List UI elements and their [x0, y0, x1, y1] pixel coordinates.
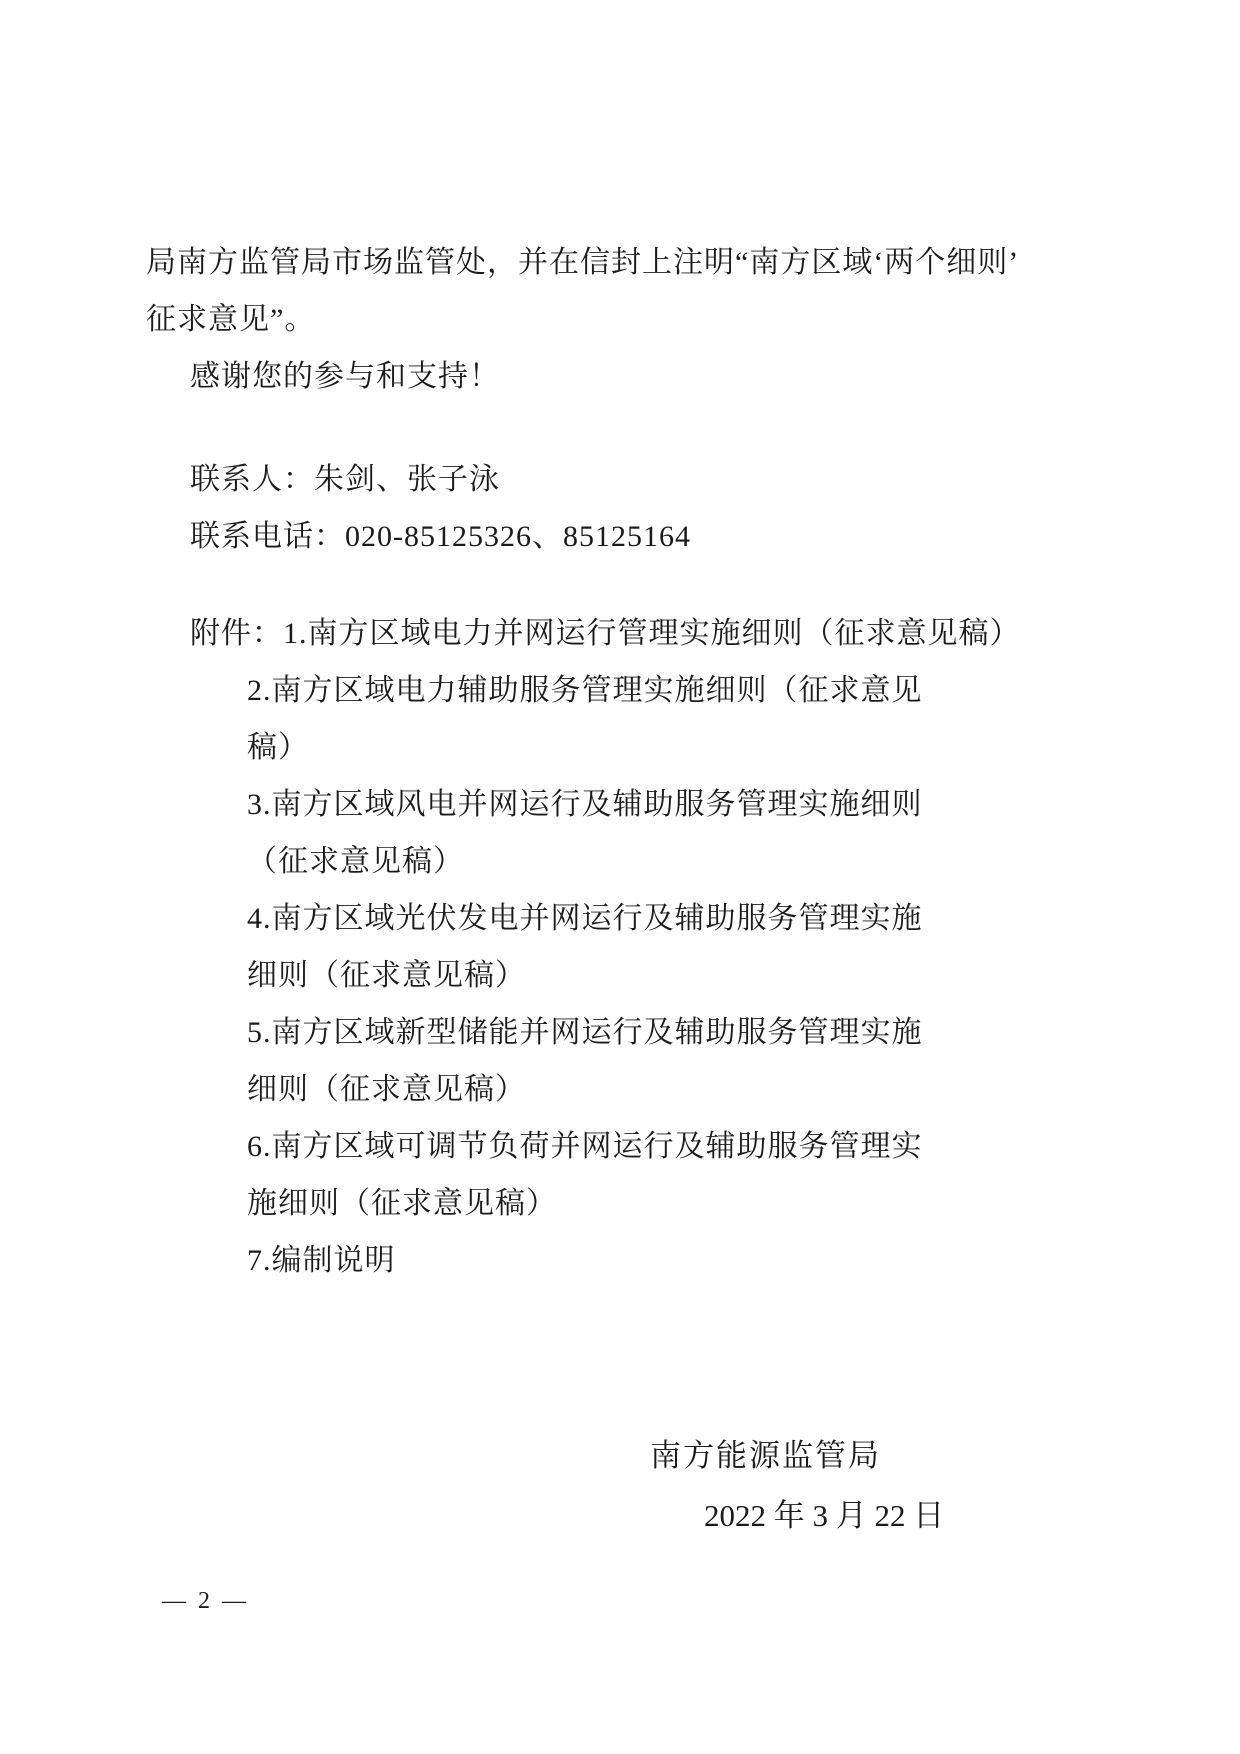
footer-dash-right: —	[222, 1585, 246, 1617]
continuation-line-1: 局南方监管局市场监管处，并在信封上注明“南方区域‘两个细则’	[146, 234, 1096, 291]
signature-date: 2022 年 3 月 22 日	[704, 1487, 944, 1544]
attachment-line-2: 2.南方区域电力辅助服务管理实施细则（征求意见	[247, 662, 1096, 719]
attachment-line-3-wrap: （征求意见稿）	[247, 833, 1096, 890]
footer-dash-left: —	[162, 1585, 186, 1617]
attachment-line-4-wrap: 细则（征求意见稿）	[247, 947, 1096, 1004]
footer-page-number: 2	[198, 1585, 210, 1617]
continuation-line-2: 征求意见”。	[146, 291, 1096, 348]
thanks-line: 感谢您的参与和支持！	[190, 348, 1096, 405]
attachment-line-7: 7.编制说明	[247, 1232, 1096, 1289]
attachment-line-5: 5.南方区域新型储能并网运行及辅助服务管理实施	[247, 1004, 1096, 1061]
attachment-line-6-wrap: 施细则（征求意见稿）	[247, 1175, 1096, 1232]
page-number-footer: — 2 —	[162, 1585, 246, 1617]
contact-phone-line: 联系电话：020-85125326、85125164	[190, 508, 1096, 565]
document-page: 局南方监管局市场监管处，并在信封上注明“南方区域‘两个细则’ 征求意见”。 感谢…	[0, 0, 1240, 1754]
attachment-line-6: 6.南方区域可调节负荷并网运行及辅助服务管理实	[247, 1118, 1096, 1175]
attachment-line-3: 3.南方区域风电并网运行及辅助服务管理实施细则	[247, 776, 1096, 833]
attachment-line-2-wrap: 稿）	[247, 719, 1096, 776]
signature-organization: 南方能源监管局	[650, 1427, 881, 1484]
attachment-line-4: 4.南方区域光伏发电并网运行及辅助服务管理实施	[247, 890, 1096, 947]
contact-person-line: 联系人：朱剑、张子泳	[190, 451, 1096, 508]
attachment-line-5-wrap: 细则（征求意见稿）	[247, 1061, 1096, 1118]
attachment-line-1: 附件：1.南方区域电力并网运行管理实施细则（征求意见稿）	[190, 605, 1096, 662]
document-body: 局南方监管局市场监管处，并在信封上注明“南方区域‘两个细则’ 征求意见”。 感谢…	[146, 234, 1096, 1289]
